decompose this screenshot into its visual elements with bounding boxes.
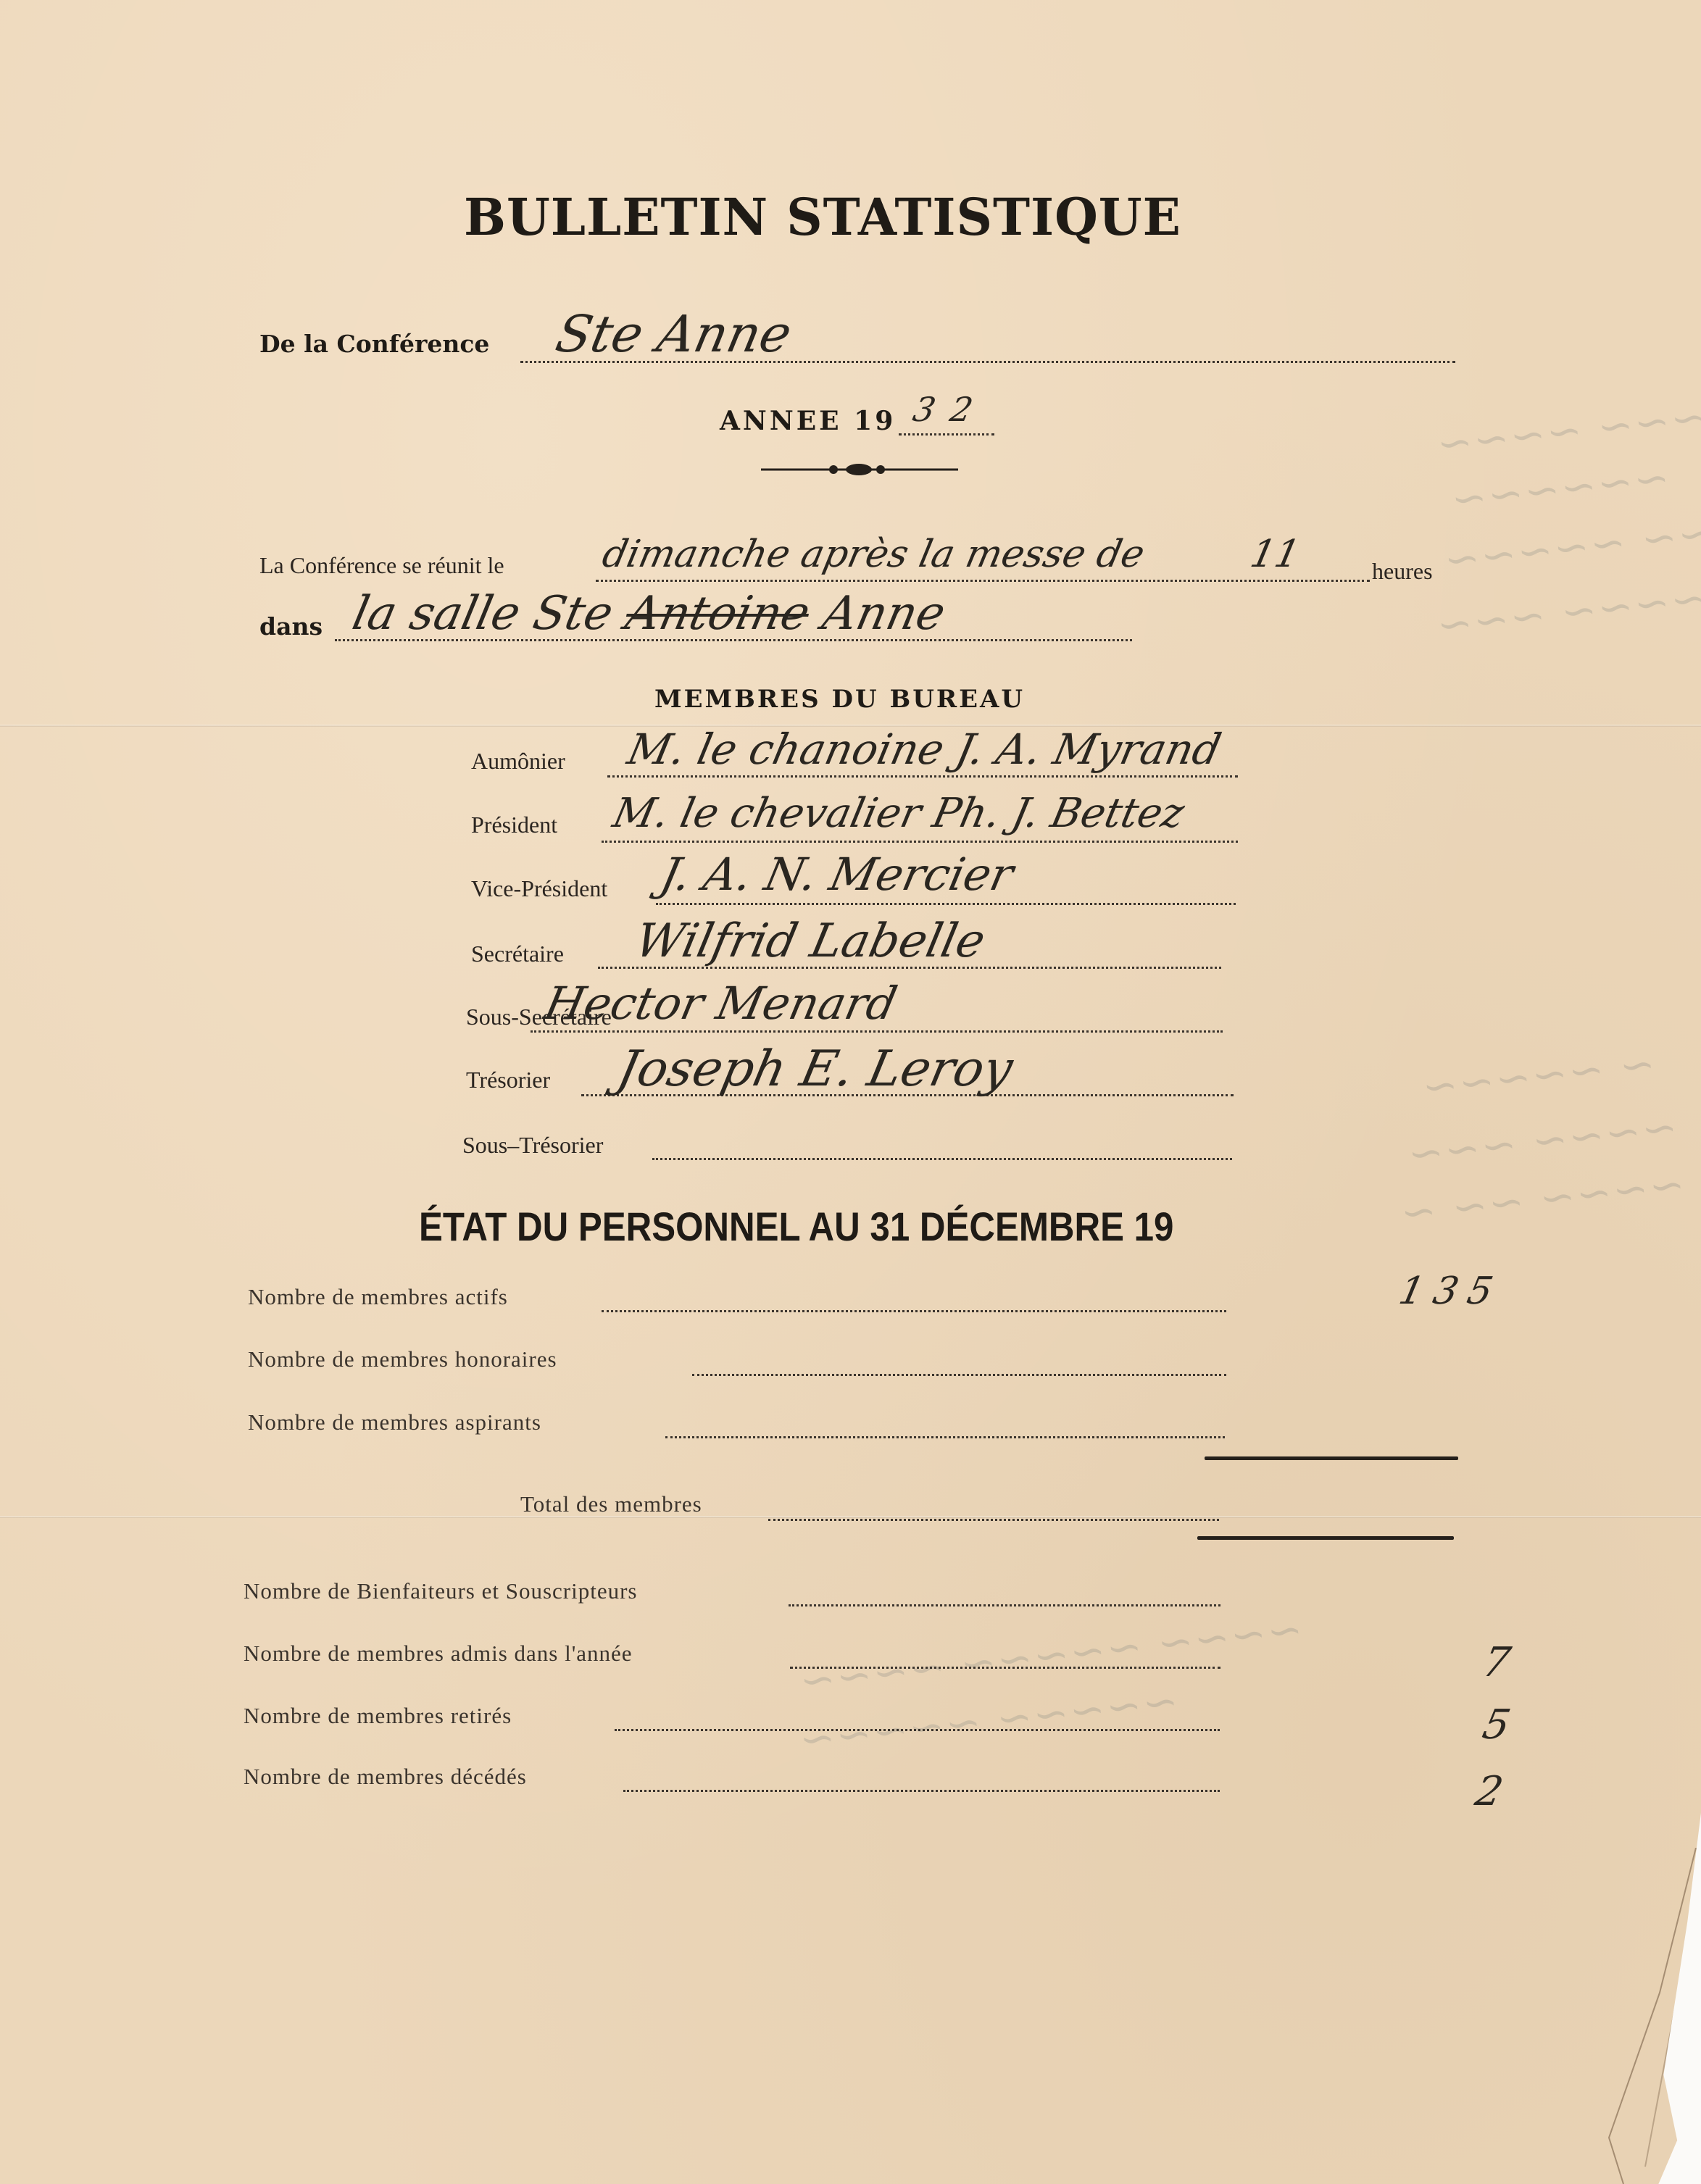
conference-label: De la Conférence: [259, 330, 489, 358]
page-title: BULLETIN STATISTIQUE: [464, 187, 1181, 247]
officer-field-line: [656, 903, 1236, 905]
stat-field-line: [602, 1310, 1226, 1312]
stat-label-aspirants: Nombre de membres aspirants: [248, 1409, 541, 1435]
year-label: ANNEE 19: [720, 406, 896, 436]
officer-name-vice-president[interactable]: J. A. N. Mercier: [656, 848, 1018, 901]
stat-field-line: [623, 1790, 1220, 1792]
officer-name-sous-secretaire[interactable]: Hector Menard: [540, 977, 902, 1030]
hours-label: heures: [1372, 558, 1433, 585]
stat-label-retires: Nombre de membres retirés: [244, 1703, 512, 1729]
location-struck-text: Antoine: [621, 587, 815, 641]
total-rule: [1197, 1536, 1454, 1540]
meeting-label: La Conférence se réunit le: [259, 552, 504, 579]
officer-role-president: Président: [471, 812, 557, 838]
fold-crease: [0, 1516, 1701, 1518]
officer-field-line: [531, 1030, 1223, 1033]
stat-value-admis[interactable]: 7: [1479, 1639, 1514, 1686]
stat-label-honoraires: Nombre de membres honoraires: [248, 1346, 557, 1372]
stat-label-actifs: Nombre de membres actifs: [248, 1284, 508, 1310]
stat-value-decedes[interactable]: 2: [1471, 1768, 1507, 1815]
officer-field-line: [607, 775, 1238, 778]
stat-field-line[interactable]: [692, 1374, 1226, 1376]
torn-corner-fold: [1594, 1848, 1701, 2184]
officer-role-sous-tresorier: Sous–Trésorier: [462, 1132, 603, 1159]
officer-role-tresorier: Trésorier: [466, 1067, 550, 1093]
stat-label-total: Total des membres: [520, 1491, 702, 1517]
officer-role-aumonier: Aumônier: [471, 748, 565, 775]
year-value[interactable]: 32: [910, 390, 992, 429]
location-prefix: la salle Ste: [348, 587, 617, 641]
meeting-field-line: [596, 580, 1370, 582]
meeting-hour-value[interactable]: 11: [1247, 533, 1304, 576]
personnel-heading: ÉTAT DU PERSONNEL AU 31 DÉCEMBRE 19: [419, 1203, 1173, 1250]
officer-role-secretaire: Secrétaire: [471, 941, 564, 967]
stat-field-line[interactable]: [665, 1436, 1225, 1438]
stat-value-retires[interactable]: 5: [1479, 1701, 1514, 1749]
location-value[interactable]: la salle Ste Antoine Anne: [348, 587, 950, 641]
stat-label-admis: Nombre de membres admis dans l'année: [244, 1641, 633, 1667]
officer-name-president[interactable]: M. le chevalier Ph. J. Bettez: [609, 790, 1189, 837]
location-suffix: Anne: [818, 587, 950, 641]
stat-field-line: [615, 1729, 1220, 1731]
stat-label-bienfaiteurs: Nombre de Bienfaiteurs et Souscripteurs: [244, 1578, 637, 1604]
stat-field-line[interactable]: [789, 1604, 1220, 1606]
meeting-day-value[interactable]: dimanche après la messe de: [599, 533, 1149, 576]
stat-field-line: [790, 1667, 1220, 1669]
stat-field-line[interactable]: [768, 1519, 1219, 1521]
subtotal-rule: [1205, 1456, 1458, 1460]
officer-field-line-empty[interactable]: [652, 1158, 1232, 1160]
officer-role-vice-president: Vice-Président: [471, 875, 607, 902]
bleed-through-text: ~ ~~~~~: [1418, 1038, 1657, 1112]
stat-value-actifs[interactable]: 135: [1395, 1270, 1507, 1313]
officer-name-aumonier[interactable]: M. le chanoine J. A. Myrand: [623, 725, 1226, 774]
officer-name-secretaire[interactable]: Wilfrid Labelle: [631, 914, 990, 968]
stat-label-decedes: Nombre de membres décédés: [244, 1764, 527, 1790]
document-page: ~~~ ~~~~ ~~~~~~ ~~ ~~~~~ ~~~~ ~~~ ~ ~~~~…: [0, 0, 1701, 2184]
officer-field-line: [602, 841, 1238, 843]
conference-value[interactable]: Ste Anne: [551, 304, 797, 364]
decorative-divider-icon: [761, 461, 958, 478]
year-field-line: [899, 433, 994, 435]
location-label: dans: [259, 612, 323, 641]
bureau-heading: MEMBRES DU BUREAU: [654, 685, 1025, 714]
bleed-through-text: ~~~~ ~~~: [1433, 573, 1701, 651]
officer-name-tresorier[interactable]: Joseph E. Leroy: [612, 1041, 1018, 1098]
